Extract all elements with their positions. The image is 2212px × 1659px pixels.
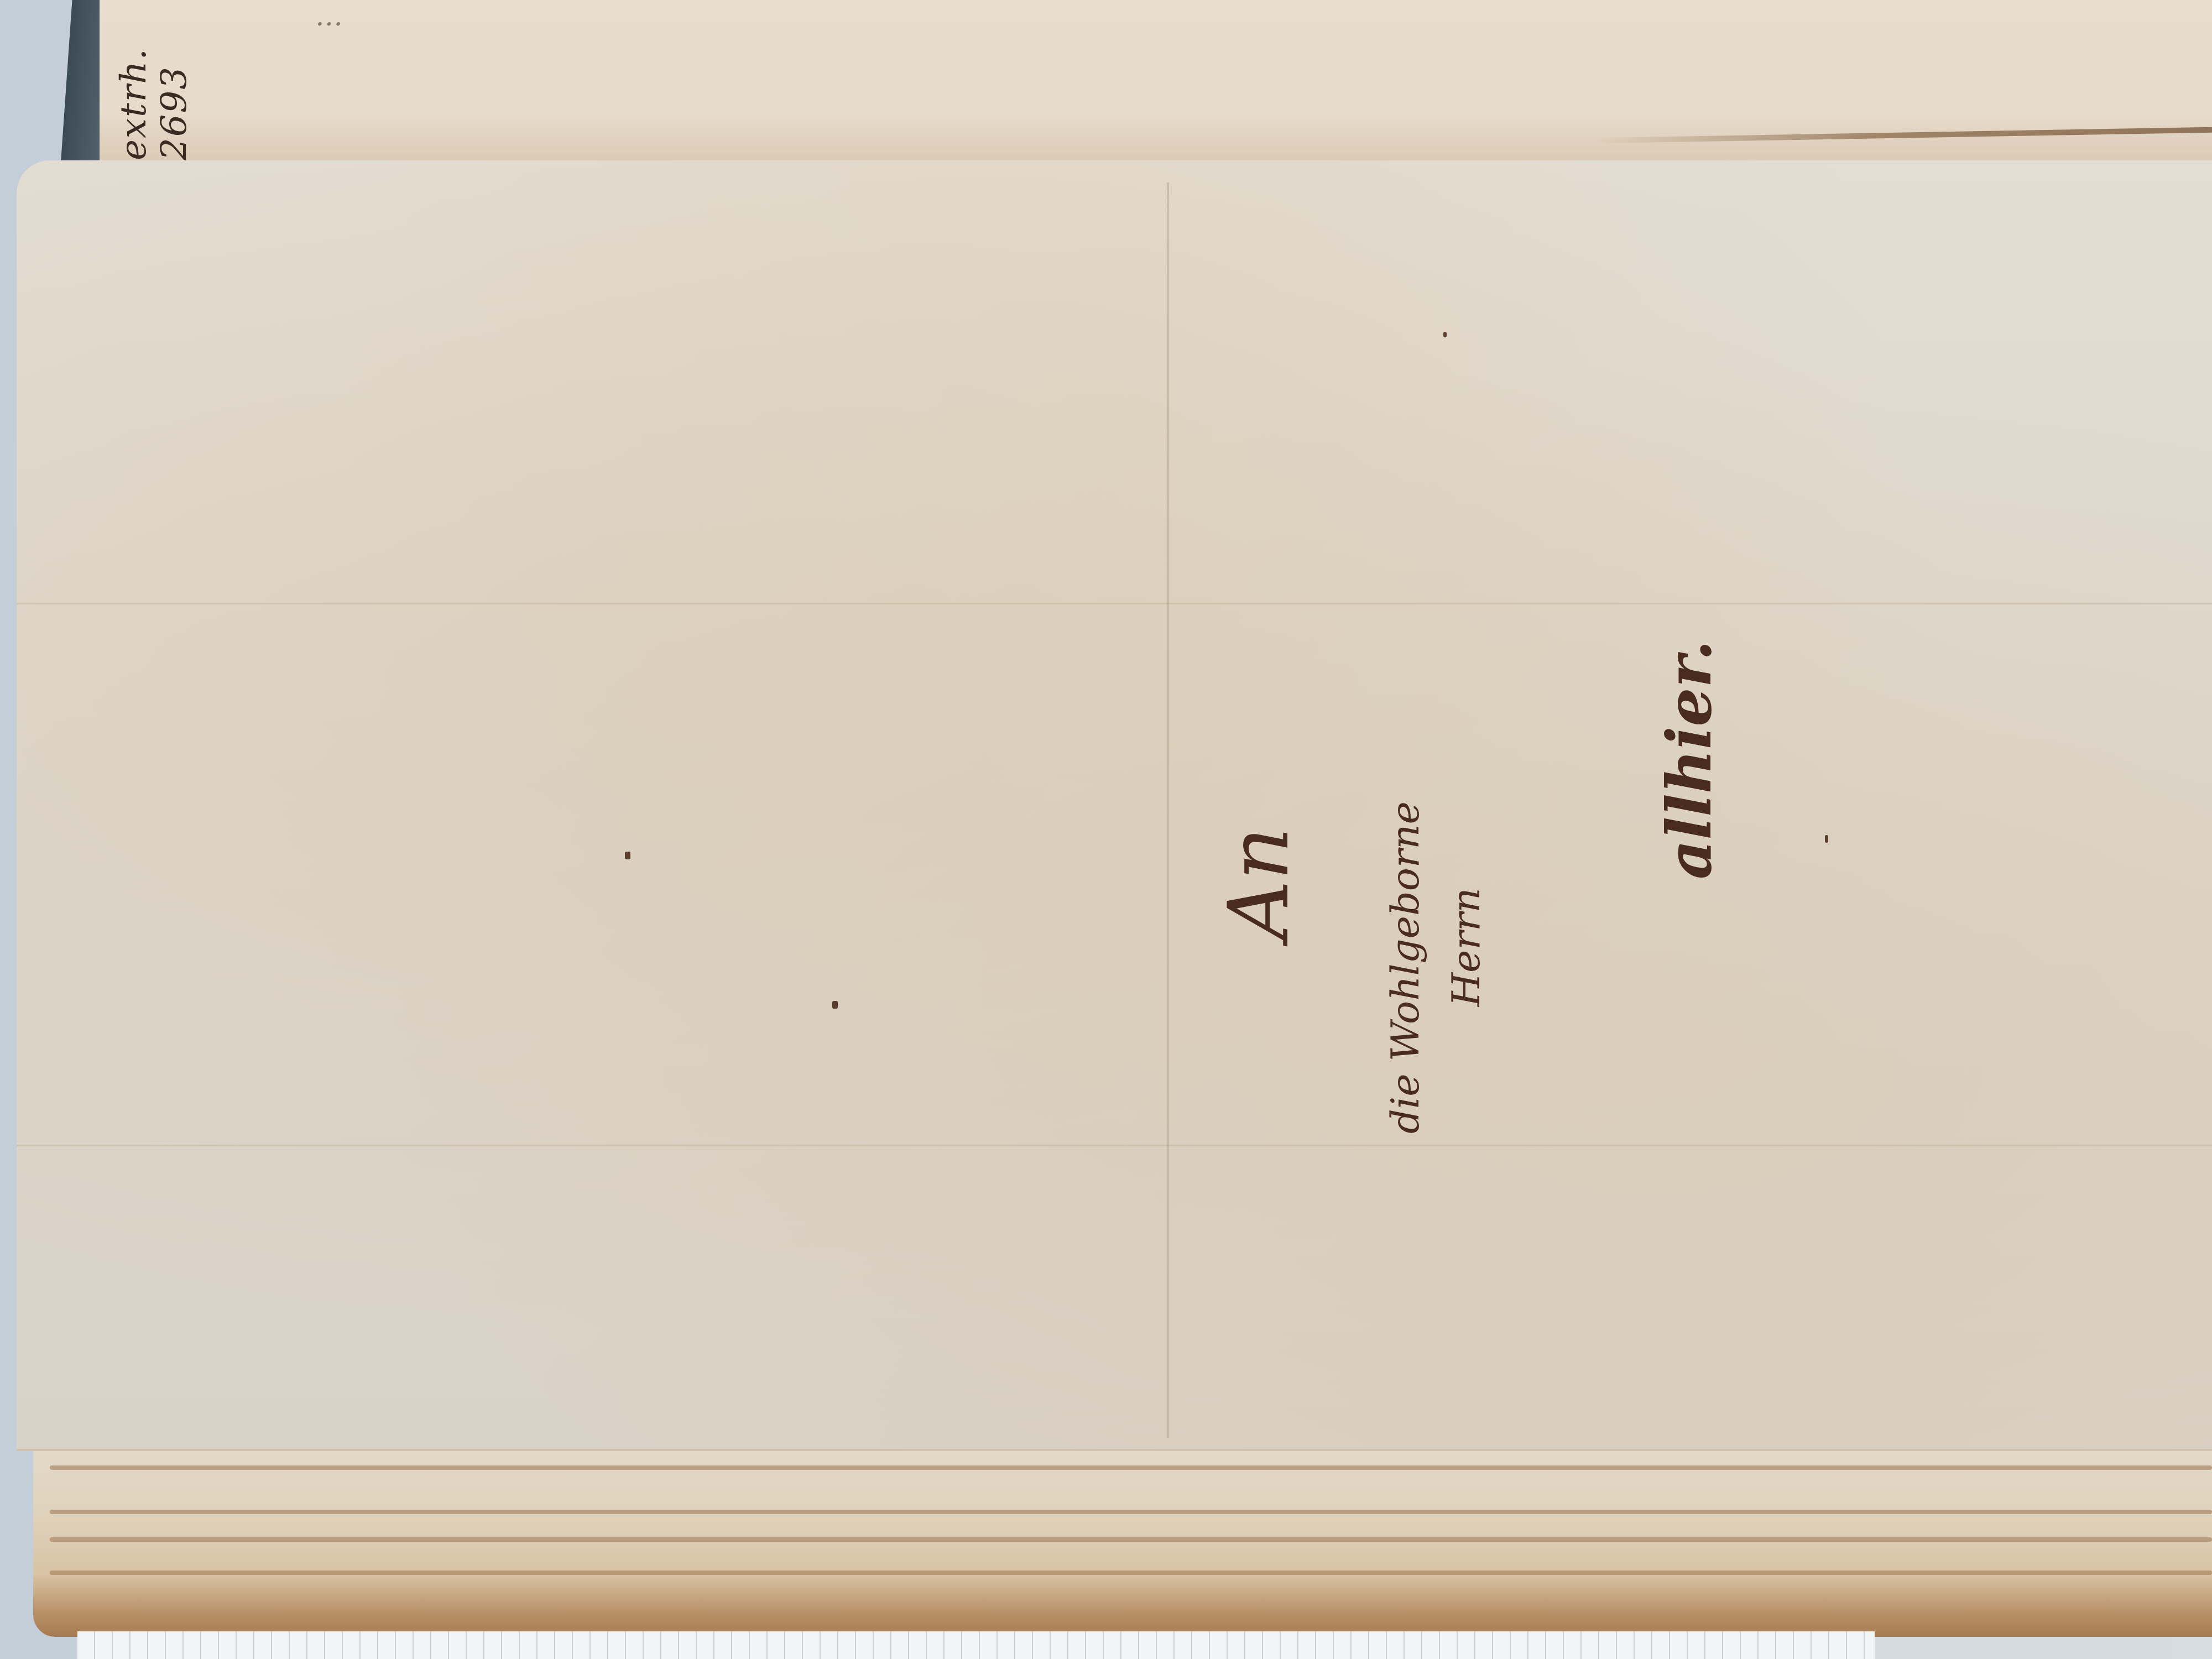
address-locality: allhier.: [1653, 640, 1725, 879]
address-recipient-line: die Wohlgeborne: [1383, 801, 1428, 1134]
page-edge: [50, 1571, 2212, 1575]
margin-note: extrh. 2693: [113, 6, 180, 160]
document-leaf: [17, 160, 2212, 1449]
ink-speck: [1443, 332, 1447, 337]
ink-speck: [625, 852, 630, 859]
page-crease: [1593, 126, 2212, 144]
horizontal-fold: [17, 603, 2212, 604]
grid-paper-underlay: [77, 1631, 1875, 1659]
vertical-fold: [1167, 182, 1169, 1438]
ink-speck: [832, 1001, 838, 1009]
page-stack-edges: [33, 1427, 2212, 1637]
upper-handwriting-fragment: …: [315, 0, 481, 33]
address-block: An die Wohlgeborne Herrn allhier.: [1211, 619, 1736, 1150]
page-edge: [50, 1465, 2212, 1470]
page-edge: [50, 1510, 2212, 1514]
address-title-line: Herrn: [1443, 888, 1489, 1006]
horizontal-fold: [17, 1145, 2212, 1146]
page-edge: [50, 1537, 2212, 1542]
address-salutation: An: [1211, 827, 1307, 940]
ink-speck: [1825, 835, 1828, 843]
